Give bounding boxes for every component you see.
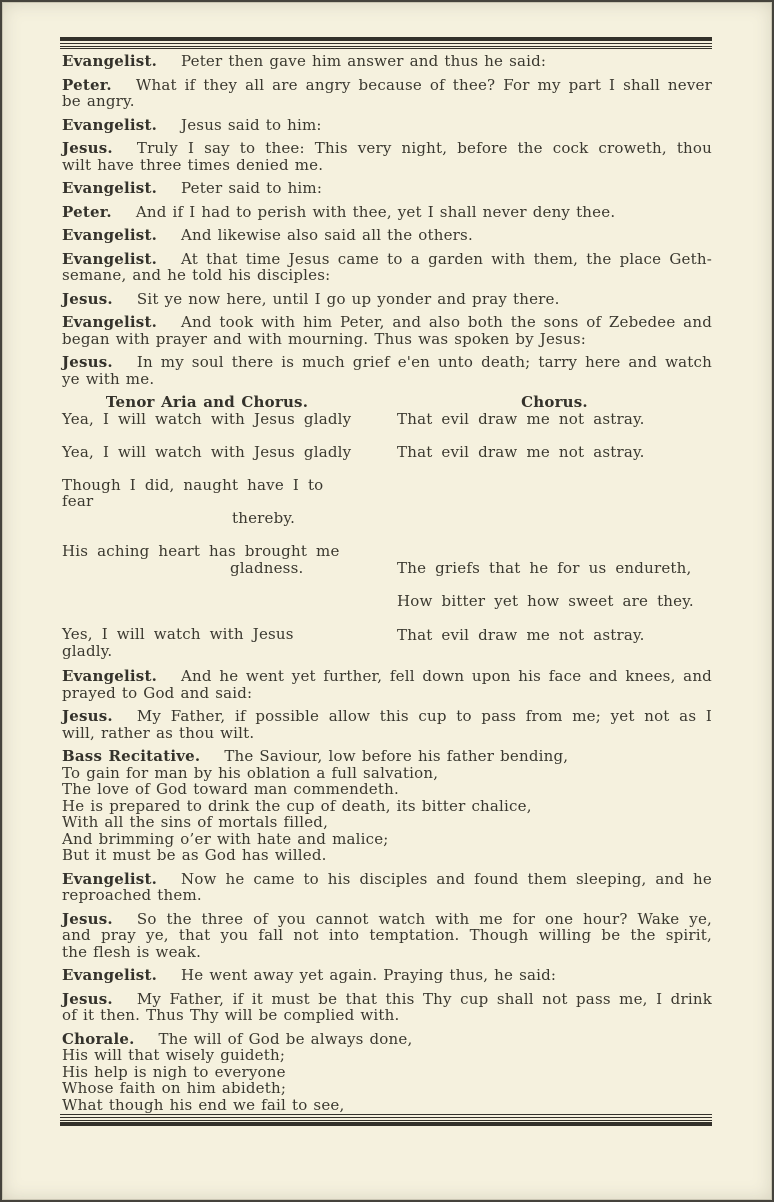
aria-line: Yea, I will watch with Jesus gladly <box>62 444 352 461</box>
text-line: wilt have three times denied me. <box>62 157 712 174</box>
text-line: Evangelist.And he went yet further, fell… <box>62 668 712 685</box>
text-line: Jesus.My Father, if possible allow this … <box>62 708 712 725</box>
text-line: Evangelist.And likewise also said all th… <box>62 227 712 244</box>
speaker-label: Bass Recitative. <box>62 747 200 765</box>
text-line: Jesus.My Father, if it must be that this… <box>62 991 712 1008</box>
speaker-label: Evangelist. <box>62 226 157 244</box>
aria-left-lines: Yea, I will watch with Jesus gladlyYea, … <box>62 411 352 660</box>
speaker-label: Jesus. <box>62 910 113 928</box>
text-line: Evangelist.He went away yet again. Prayi… <box>62 967 712 984</box>
paragraph: Jesus.My Father, if possible allow this … <box>62 708 712 741</box>
paragraph: Bass Recitative.The Saviour, low before … <box>62 748 712 864</box>
text-line: Evangelist.And took with him Peter, and … <box>62 314 712 331</box>
dialogue-section-top: Evangelist.Peter then gave him answer an… <box>62 53 712 387</box>
text-line: reproached them. <box>62 887 712 904</box>
text-line: ye with me. <box>62 371 712 388</box>
paragraph: Evangelist.And likewise also said all th… <box>62 227 712 244</box>
speaker-label: Jesus. <box>62 290 113 308</box>
text-line: be angry. <box>62 93 712 110</box>
aria-line: gladness. <box>62 560 352 577</box>
text-line: Peter.And if I had to perish with thee, … <box>62 204 712 221</box>
text-line: Peter.What if they all are angry because… <box>62 77 712 94</box>
text-line: Jesus.Sit ye now here, until I go up yon… <box>62 291 712 308</box>
aria-line: Though I did, naught have I to fear <box>62 477 352 510</box>
text-line: and pray ye, that you fall not into temp… <box>62 927 712 944</box>
text-line: Evangelist.Now he came to his disciples … <box>62 871 712 888</box>
text-line: His will that wisely guideth; <box>62 1047 712 1064</box>
scanned-libretto-page: Evangelist.Peter then gave him answer an… <box>0 0 774 1202</box>
speaker-label: Evangelist. <box>62 52 157 70</box>
aria-column-tenor: Tenor Aria and Chorus. Yea, I will watch… <box>62 394 352 659</box>
text-line: semane, and he told his disciples: <box>62 267 712 284</box>
text-line: Jesus.In my soul there is much grief e'e… <box>62 354 712 371</box>
aria-line: thereby. <box>62 510 352 527</box>
text-line: To gain for man by his oblation a full s… <box>62 765 712 782</box>
libretto-text: Evangelist.Peter then gave him answer an… <box>62 53 712 1113</box>
text-line: began with prayer and with mourning. Thu… <box>62 331 712 348</box>
text-line: The love of God toward man commendeth. <box>62 781 712 798</box>
aria-left-header: Tenor Aria and Chorus. <box>62 394 352 411</box>
speaker-label: Evangelist. <box>62 870 157 888</box>
paragraph: Jesus.In my soul there is much grief e'e… <box>62 354 712 387</box>
text-line: And brimming o’er with hate and malice; <box>62 831 712 848</box>
aria-line: That evil draw me not astray. <box>397 411 712 428</box>
speaker-label: Chorale. <box>62 1030 135 1048</box>
speaker-label: Evangelist. <box>62 667 157 685</box>
aria-line: How bitter yet how sweet are they. <box>397 593 712 610</box>
paragraph: Evangelist.And he went yet further, fell… <box>62 668 712 701</box>
text-line: Jesus.So the three of you cannot watch w… <box>62 911 712 928</box>
aria-section: Tenor Aria and Chorus. Yea, I will watch… <box>62 394 712 659</box>
paragraph: Peter.What if they all are angry because… <box>62 77 712 110</box>
paragraph: Evangelist.And took with him Peter, and … <box>62 314 712 347</box>
text-line: Evangelist.Peter said to him: <box>62 180 712 197</box>
aria-right-header: Chorus. <box>397 394 712 411</box>
paragraph: Jesus.So the three of you cannot watch w… <box>62 911 712 961</box>
text-line: Evangelist.At that time Jesus came to a … <box>62 251 712 268</box>
text-line: will, rather as thou wilt. <box>62 725 712 742</box>
paragraph: Jesus.Sit ye now here, until I go up yon… <box>62 291 712 308</box>
dialogue-section-bottom: Evangelist.And he went yet further, fell… <box>62 668 712 1113</box>
speaker-label: Jesus. <box>62 139 113 157</box>
paragraph: Evangelist.Peter said to him: <box>62 180 712 197</box>
text-line: With all the sins of mortals filled, <box>62 814 712 831</box>
paragraph: Evangelist.Peter then gave him answer an… <box>62 53 712 70</box>
aria-line: That evil draw me not astray. <box>397 627 712 644</box>
paragraph: Peter.And if I had to perish with thee, … <box>62 204 712 221</box>
text-line: His help is nigh to everyone <box>62 1064 712 1081</box>
aria-line: The griefs that he for us endureth, <box>397 560 712 577</box>
aria-line: Yea, I will watch with Jesus gladly <box>62 411 352 428</box>
speaker-label: Peter. <box>62 76 112 94</box>
paragraph: Evangelist.Now he came to his disciples … <box>62 871 712 904</box>
speaker-label: Jesus. <box>62 990 113 1008</box>
speaker-label: Evangelist. <box>62 179 157 197</box>
aria-line: That evil draw me not astray. <box>397 444 712 461</box>
text-line: Bass Recitative.The Saviour, low before … <box>62 748 712 765</box>
text-line: Evangelist.Peter then gave him answer an… <box>62 53 712 70</box>
text-line: What though his end we fail to see, <box>62 1097 712 1114</box>
text-line: Evangelist.Jesus said to him: <box>62 117 712 134</box>
bottom-ornamental-rule <box>60 1114 712 1126</box>
speaker-label: Peter. <box>62 203 112 221</box>
speaker-label: Jesus. <box>62 707 113 725</box>
text-line: Chorale.The will of God be always done, <box>62 1031 712 1048</box>
aria-line: Yes, I will watch with Jesus gladly. <box>62 626 352 659</box>
paragraph: Jesus.Truly I say to thee: This very nig… <box>62 140 712 173</box>
aria-column-chorus: Chorus. That evil draw me not astray.Tha… <box>397 394 712 659</box>
speaker-label: Jesus. <box>62 353 113 371</box>
text-line: the flesh is weak. <box>62 944 712 961</box>
speaker-label: Evangelist. <box>62 966 157 984</box>
paragraph: Jesus.My Father, if it must be that this… <box>62 991 712 1024</box>
text-line: But it must be as God has willed. <box>62 847 712 864</box>
text-line: Whose faith on him abideth; <box>62 1080 712 1097</box>
text-line: of it then. Thus Thy will be complied wi… <box>62 1007 712 1024</box>
aria-line: His aching heart has brought me <box>62 543 352 560</box>
text-line: prayed to God and said: <box>62 685 712 702</box>
text-line: He is prepared to drink the cup of death… <box>62 798 712 815</box>
speaker-label: Evangelist. <box>62 250 157 268</box>
speaker-label: Evangelist. <box>62 313 157 331</box>
paragraph: Evangelist.At that time Jesus came to a … <box>62 251 712 284</box>
paragraph: Chorale.The will of God be always done,H… <box>62 1031 712 1114</box>
top-ornamental-rule <box>60 37 712 49</box>
paragraph: Evangelist.Jesus said to him: <box>62 117 712 134</box>
text-line: Jesus.Truly I say to thee: This very nig… <box>62 140 712 157</box>
speaker-label: Evangelist. <box>62 116 157 134</box>
aria-right-lines: That evil draw me not astray.That evil d… <box>397 411 712 644</box>
paragraph: Evangelist.He went away yet again. Prayi… <box>62 967 712 984</box>
